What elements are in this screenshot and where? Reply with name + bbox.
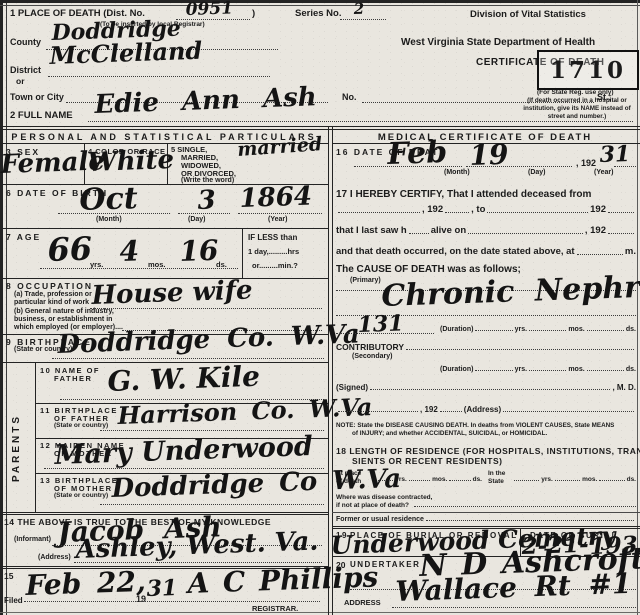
dotted-line	[529, 330, 566, 331]
certify-192a: , 192	[422, 204, 443, 215]
district-line	[48, 76, 270, 77]
duration-yrs-label: yrs.	[515, 326, 527, 333]
dotted-line	[587, 370, 624, 371]
if-less-line3: or.........min.?	[252, 261, 298, 270]
occupation-label: 8 OCCUPATION	[6, 281, 93, 291]
right-border	[637, 0, 638, 615]
certify-line3c: , 192	[585, 225, 606, 236]
dod-day-sublabel: (Day)	[528, 169, 546, 176]
hospital-note: (If death occurred in a hospital or inst…	[520, 97, 634, 121]
dotted-line	[587, 330, 624, 331]
series-label: Series No.	[295, 8, 341, 19]
dob-day-value: 3	[197, 187, 216, 214]
marital-value: married	[237, 135, 323, 160]
mother-bp-line	[100, 504, 324, 505]
dotted-line	[406, 349, 634, 350]
department-title: West Virginia State Department of Health	[360, 37, 636, 48]
certify-line-1: 17 I HEREBY CERTIFY, That I attended dec…	[336, 189, 591, 200]
main-horizontal-divider-1	[0, 126, 640, 127]
registration-number-box: 1710	[537, 50, 639, 90]
filed-line	[24, 601, 320, 602]
signed-line: (Signed) , M. D.	[336, 383, 636, 392]
undertaker-number: 20	[336, 560, 345, 570]
father-bp-sublabel: (State or country)	[54, 422, 108, 429]
division-title: Division of Vital Statistics	[470, 9, 586, 20]
dotted-line	[409, 480, 430, 481]
dob-year-value: 1864	[239, 183, 312, 212]
age-days-value: 16	[179, 237, 219, 266]
full-name-label: 2 FULL NAME	[10, 110, 73, 121]
dotted-line	[577, 254, 623, 255]
parents-label: PARENTS	[11, 397, 22, 482]
contributory-line: CONTRIBUTORY	[336, 342, 636, 352]
note-line-2: of INJURY; and whether ACCIDENTAL, SUICI…	[352, 430, 547, 437]
dotted-line	[529, 370, 566, 371]
dotted-line	[475, 330, 512, 331]
duration-mos-label: mos.	[568, 326, 584, 333]
mother-bp-sublabel: (State or country)	[54, 492, 108, 499]
filed-date-value: Feb 22,	[25, 568, 146, 600]
dod-month-sublabel: (Month)	[444, 169, 470, 176]
certify-to: , to	[471, 204, 485, 215]
former-top-line	[332, 512, 640, 513]
series-value: 2	[353, 2, 364, 17]
certify-line4b: m.	[625, 246, 636, 257]
father-bp-value: Harrison Co. W.Va	[117, 395, 373, 428]
informant-address-label: (Address)	[38, 554, 71, 561]
undertaker-address-label: ADDRESS	[344, 598, 381, 607]
in-state-yrs: yrs.	[541, 476, 553, 483]
bottom-border	[0, 612, 640, 613]
occupation-a1: (a) Trade, profession or	[14, 291, 92, 298]
at-place-mos: mos.	[432, 476, 447, 483]
dotted-line	[487, 212, 588, 213]
death-certificate-document: 1 PLACE OF DEATH (Dist. No. 0951 ) (To b…	[0, 0, 640, 615]
dod-year-line	[614, 166, 636, 167]
county-label: County	[10, 37, 41, 47]
duration-label-2: (Duration)	[440, 366, 473, 373]
certify-line3b: alive on	[431, 225, 466, 236]
signed-label: (Signed)	[336, 383, 368, 392]
certify-192b: 192	[590, 204, 606, 215]
dod-year-printed: , 192	[576, 158, 596, 168]
secondary-label: (Secondary)	[352, 353, 392, 360]
dob-day-sublabel: (Day)	[188, 216, 206, 223]
dotted-line	[370, 389, 610, 390]
in-state-ds: ds.	[627, 476, 636, 483]
age-months-value: 4	[119, 237, 139, 266]
filed-label: Filed	[4, 596, 23, 605]
full-name-value: Edie Ann Ash	[94, 84, 317, 118]
occupation-line	[90, 308, 322, 309]
duration-line-primary: (Duration) yrs. mos. ds.	[440, 326, 636, 333]
father-name-label-2: FATHER	[54, 374, 92, 383]
if-less-line1: IF LESS than	[248, 233, 297, 242]
main-horizontal-divider-2	[0, 129, 640, 130]
in-the-label-1: In the	[488, 470, 505, 477]
informant-label: (Informant)	[14, 536, 51, 543]
registration-number: 1710	[550, 57, 626, 84]
occupation-b2: business, or establishment in	[14, 316, 112, 323]
certify-line-4: and that death occurred, on the date sta…	[336, 246, 636, 257]
dotted-line	[338, 411, 418, 412]
dotted-line	[608, 212, 634, 213]
dotted-line	[503, 411, 634, 412]
duration-line-secondary: (Duration) yrs. mos. ds.	[440, 366, 636, 373]
where-contracted-2: if not at place of death?	[336, 502, 409, 509]
dotted-line	[468, 233, 583, 234]
duration-ds-label: ds.	[626, 326, 636, 333]
occupation-value: House wife	[91, 277, 253, 309]
in-state-mos: mos.	[582, 476, 597, 483]
undertaker-label: UNDERTAKER	[350, 560, 420, 569]
dotted-line	[449, 480, 470, 481]
street-no-label: No.	[342, 92, 357, 102]
informant-address-value: Ashley, West. Va.	[75, 529, 319, 563]
parents-divider	[35, 362, 36, 512]
dotted-line	[475, 370, 512, 371]
father-name-value: G. W. Kile	[107, 363, 260, 396]
district-value: McClelland	[49, 39, 202, 68]
dist-no-value: 0951	[185, 0, 233, 19]
duration-ds-label-2: ds.	[626, 366, 636, 373]
md-label: , M. D.	[612, 383, 636, 392]
if-less-box-divider	[242, 228, 243, 278]
dob-month-sublabel: (Month)	[96, 216, 122, 223]
duration-mos-label-2: mos.	[568, 366, 584, 373]
marital-label-5: (Write the word)	[181, 177, 234, 184]
dod-month-line	[354, 166, 462, 167]
undertaker-address-line	[392, 607, 636, 608]
signed-192: , 192	[420, 405, 438, 414]
town-or-city-label: Town or City	[10, 92, 64, 102]
top-border-outer	[0, 0, 640, 3]
dotted-line	[440, 411, 462, 412]
or-label: or	[16, 76, 25, 86]
in-state-duration: yrs. mos. ds.	[512, 476, 636, 483]
occupation-b1: (b) General nature of industry,	[14, 308, 114, 315]
row-b-bottom	[0, 228, 328, 229]
left-border-outer	[0, 0, 3, 615]
cause-code-line	[336, 333, 434, 334]
cause-value: Chronic Nephritis	[381, 271, 640, 312]
top-border-inner	[0, 5, 640, 6]
dotted-line	[599, 480, 624, 481]
duration-label: (Duration)	[440, 326, 473, 333]
full-name-line	[88, 121, 633, 122]
dotted-line	[409, 233, 429, 234]
dod-day-line	[466, 166, 572, 167]
certify-line4a: and that death occurred, on the date sta…	[336, 246, 575, 257]
where-contracted-line	[414, 506, 636, 507]
primary-label: (Primary)	[350, 277, 381, 284]
dotted-line	[445, 212, 469, 213]
filed-number: 15	[4, 571, 13, 581]
series-line	[340, 19, 386, 20]
certify-line-3: that I last saw h alive on , 192	[336, 225, 636, 236]
undertaker-address-value: Wallace Rt #1	[395, 570, 632, 606]
dotted-line	[608, 233, 634, 234]
duration-yrs-label-2: yrs.	[515, 366, 527, 373]
dod-year-sublabel: (Year)	[594, 169, 613, 176]
note-line-1: NOTE: State the DISEASE CAUSING DEATH. I…	[336, 422, 614, 429]
former-residence-label: Former or usual residence	[336, 516, 424, 523]
in-the-label-2: State	[488, 478, 504, 485]
occupation-a2: particular kind of work	[14, 299, 89, 306]
certify-line-2: , 192 , to 192	[336, 204, 636, 215]
dotted-line	[555, 480, 580, 481]
signed-address-label: (Address)	[464, 405, 501, 414]
age-years-value: 66	[47, 232, 93, 266]
residence-label-1: 18 LENGTH OF RESIDENCE (FOR HOSPITALS, I…	[336, 446, 640, 456]
dob-month-value: Oct	[79, 184, 138, 216]
signed-address-line: , 192 (Address)	[336, 405, 636, 414]
place-label-close: )	[252, 8, 255, 19]
certify-line3a: that I last saw h	[336, 225, 407, 236]
dotted-line	[514, 480, 539, 481]
age-label: 7 AGE	[6, 232, 41, 242]
age-line	[40, 268, 238, 269]
registrar-label: REGISTRAR.	[252, 604, 298, 613]
contributory-label: CONTRIBUTORY	[336, 342, 404, 352]
dod-year-value: 31	[599, 143, 630, 166]
race-value: White	[87, 147, 174, 176]
filed-year-printed: 19	[136, 594, 146, 604]
at-place-ds: ds.	[473, 476, 482, 483]
cause-label: The CAUSE OF DEATH was as follows;	[336, 264, 521, 275]
dotted-line	[338, 212, 420, 213]
filed-year-value: 31	[146, 577, 177, 600]
dob-year-sublabel: (Year)	[268, 216, 287, 223]
if-less-line2: 1 day,.........hrs	[248, 247, 299, 256]
birthplace-line	[52, 358, 324, 359]
district-label: District	[10, 65, 41, 75]
main-vertical-divider-1	[328, 126, 329, 615]
mother-name-value: Mary Underwood	[54, 433, 313, 469]
